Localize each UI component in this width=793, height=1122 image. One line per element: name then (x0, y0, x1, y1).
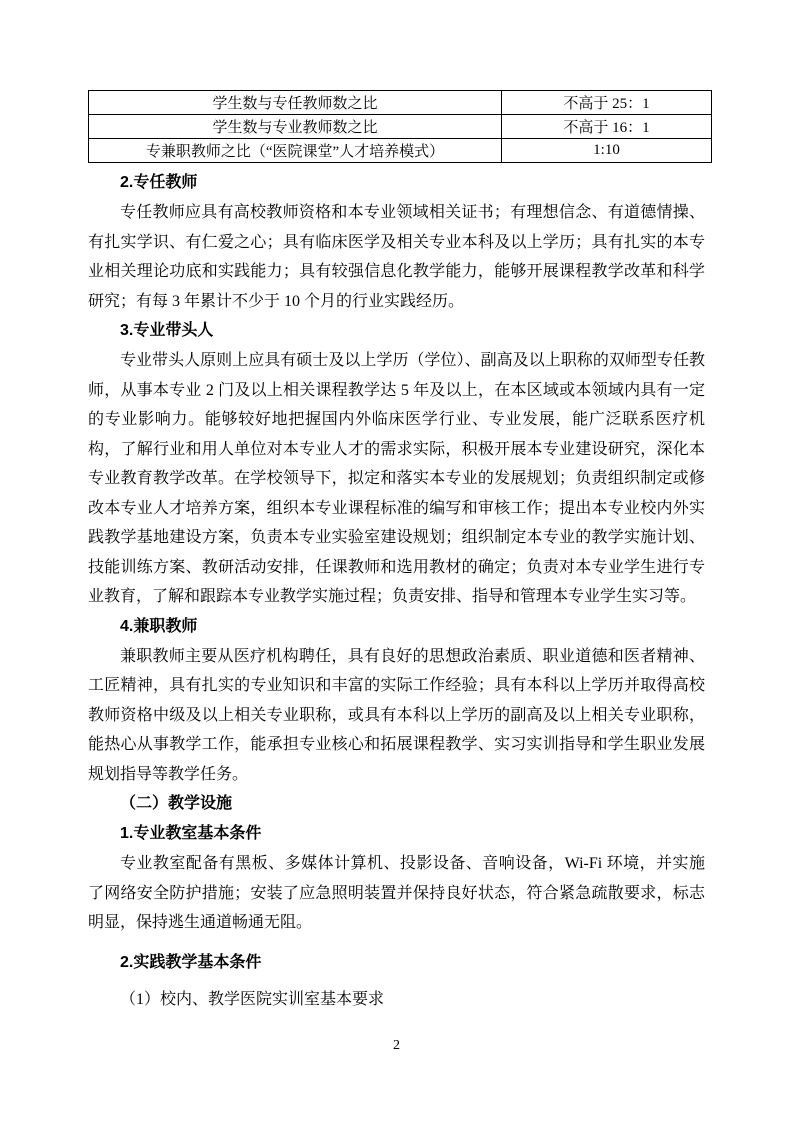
table-cell-value: 1:10 (502, 139, 712, 163)
table-cell-label: 专兼职教师之比（“医院课堂”人才培养模式） (89, 139, 502, 163)
document-page: 学生数与专任教师数之比 不高于 25：1 学生数与专业教师数之比 不高于 16：… (0, 0, 793, 1122)
table-cell-value: 不高于 16：1 (502, 115, 712, 139)
table-cell-label: 学生数与专业教师数之比 (89, 115, 502, 139)
page-number: 2 (0, 1036, 793, 1056)
table-cell-value: 不高于 25：1 (502, 91, 712, 115)
table-cell-label: 学生数与专任教师数之比 (89, 91, 502, 115)
heading-part-time-teachers: 4.兼职教师 (88, 612, 705, 642)
paragraph-practice-sub-item: （1）校内、教学医院实训室基本要求 (88, 985, 705, 1015)
heading-practice-conditions: 2.实践教学基本条件 (88, 948, 705, 978)
paragraph-classroom-conditions: 专业教室配备有黑板、多媒体计算机、投影设备、音响设备，Wi-Fi 环境，并实施了… (88, 849, 705, 938)
paragraph-program-leader: 专业带头人原则上应具有硕士及以上学历（学位）、副高及以上职称的双师型专任教师，从… (88, 346, 705, 612)
heading-full-time-teachers: 2.专任教师 (88, 168, 705, 198)
heading-program-leader: 3.专业带头人 (88, 316, 705, 346)
heading-teaching-facilities: （二）教学设施 (88, 789, 705, 819)
table-row: 学生数与专业教师数之比 不高于 16：1 (89, 115, 712, 139)
teacher-ratio-table: 学生数与专任教师数之比 不高于 25：1 学生数与专业教师数之比 不高于 16：… (88, 90, 712, 163)
table-row: 专兼职教师之比（“医院课堂”人才培养模式） 1:10 (89, 139, 712, 163)
paragraph-part-time-teachers: 兼职教师主要从医疗机构聘任，具有良好的思想政治素质、职业道德和医者精神、工匠精神… (88, 642, 705, 790)
document-content: 学生数与专任教师数之比 不高于 25：1 学生数与专业教师数之比 不高于 16：… (88, 90, 705, 1014)
table-row: 学生数与专任教师数之比 不高于 25：1 (89, 91, 712, 115)
heading-classroom-conditions: 1.专业教室基本条件 (88, 819, 705, 849)
paragraph-full-time-teachers: 专任教师应具有高校教师资格和本专业领域相关证书；有理想信念、有道德情操、有扎实学… (88, 198, 705, 316)
